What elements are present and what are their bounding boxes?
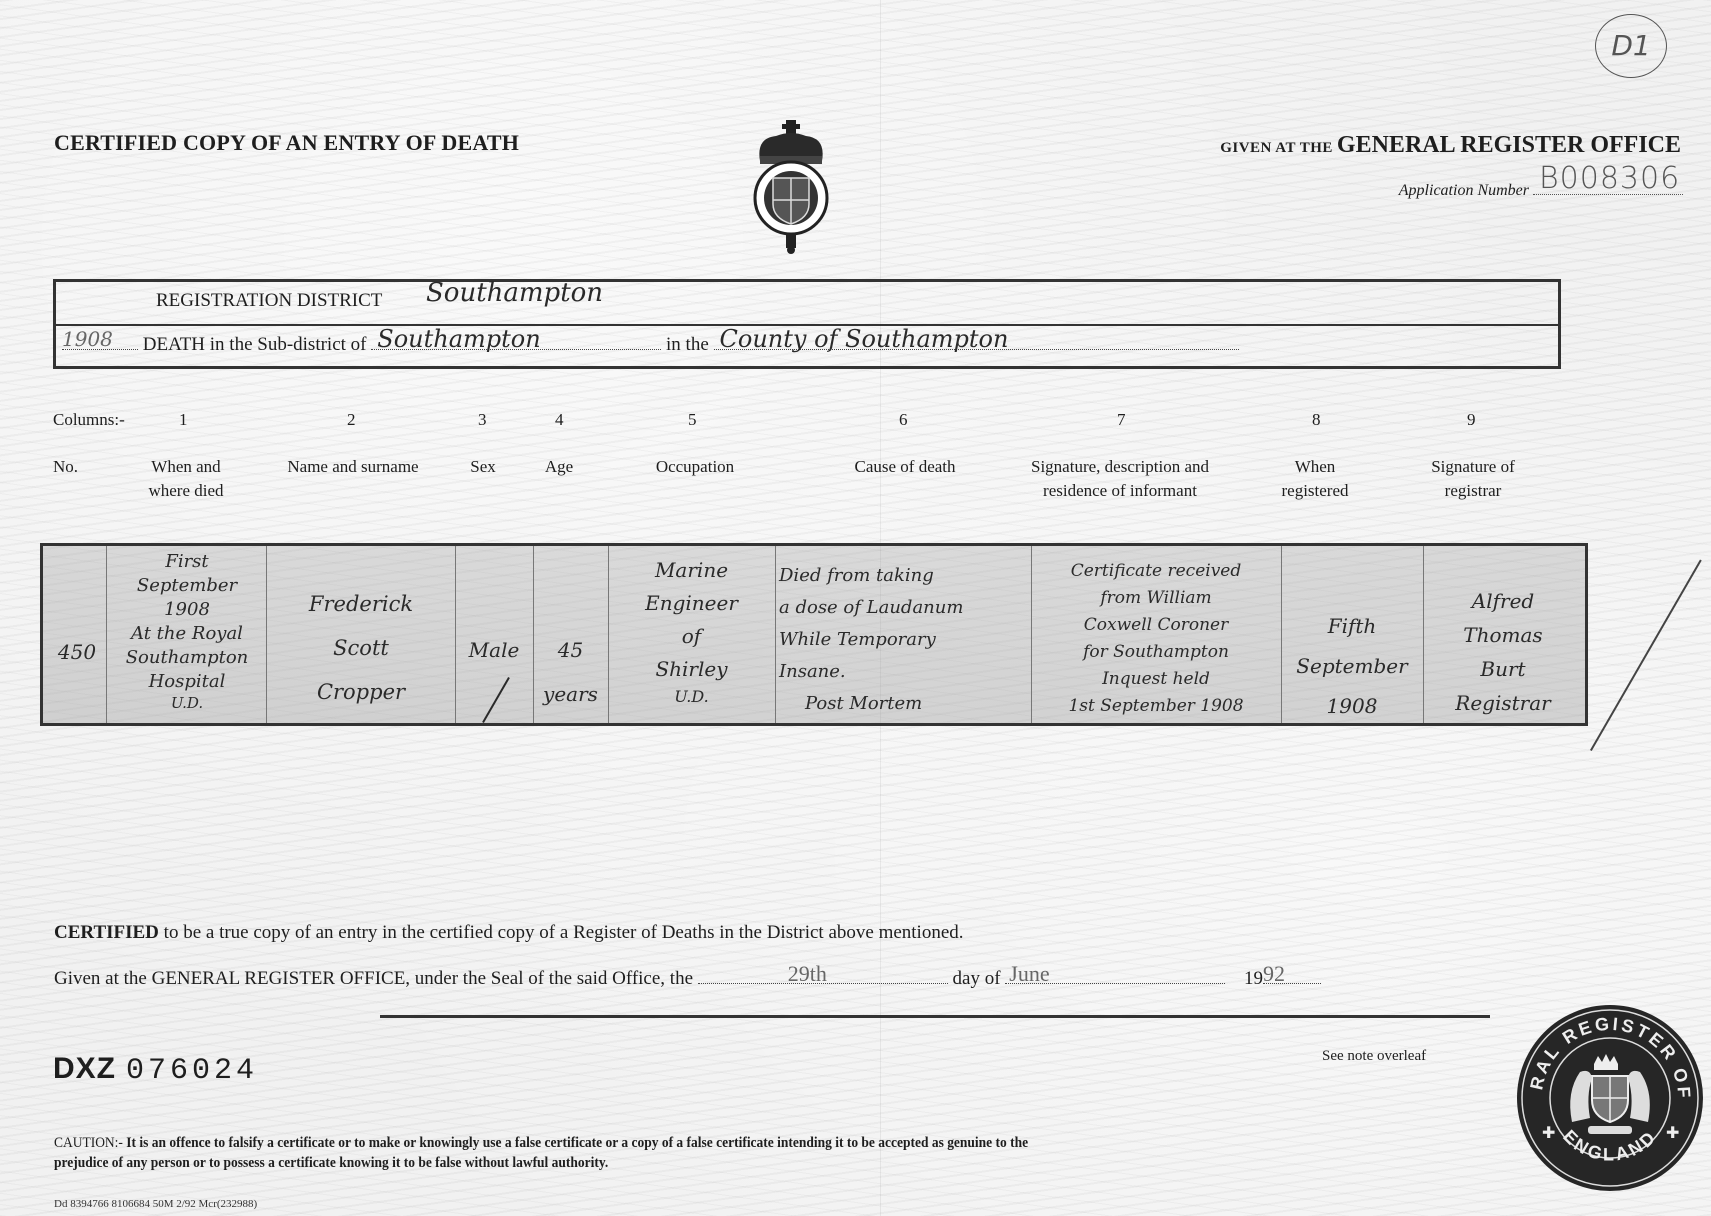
entry-occupation: Marine Engineer of Shirley U.D. [608, 554, 775, 708]
column-number-3: 3 [478, 410, 487, 430]
certificate-serial-number: DXZ076024 [53, 1052, 258, 1088]
caution-notice: CAUTION:- It is an offence to falsify a … [54, 1133, 1058, 1173]
column-number-9: 9 [1467, 410, 1476, 430]
column-header-sex: Sex [462, 455, 504, 479]
subdistrict-value: Southampton [377, 325, 540, 353]
subdistrict-label: DEATH in the Sub-district of [143, 334, 367, 355]
certification-statement: CERTIFIED to be a true copy of an entry … [54, 922, 964, 944]
registration-district-value: Southampton [426, 278, 603, 308]
death-year: 1908 [62, 327, 113, 351]
entry-sex: Male [455, 636, 533, 665]
svg-text:✚: ✚ [1666, 1123, 1679, 1142]
entry-when-registered: Fifth September 1908 [1281, 606, 1423, 726]
entry-age: 45 years [533, 628, 608, 716]
column-number-2: 2 [347, 410, 356, 430]
subdistrict-line: 1908 DEATH in the Sub-district of Southa… [62, 334, 1239, 356]
column-header-no: No. [53, 455, 78, 479]
column-header-occupation: Occupation [640, 455, 750, 479]
certification-day: 29th [788, 961, 827, 987]
application-number-label: Application Number [1399, 182, 1529, 199]
entry-no: 450 [47, 638, 107, 667]
entry-registrar-signature: Alfred Thomas Burt Registrar [1423, 584, 1583, 720]
registration-box: REGISTRATION DISTRICT Southampton 1908 D… [53, 279, 1561, 369]
column-number-8: 8 [1312, 410, 1321, 430]
entry-when-where: First September 1908 At the Royal Southa… [107, 550, 267, 712]
column-header-cause: Cause of death [840, 455, 970, 479]
county-label: in the [666, 334, 709, 355]
column-header-informant: Signature, description and residence of … [1015, 455, 1225, 503]
certification-month: June [1009, 961, 1049, 987]
table-row: 450 First September 1908 At the Royal So… [40, 543, 1588, 726]
see-note-overleaf: See note overleaf [1322, 1048, 1426, 1065]
county-value: County of Southampton [720, 325, 1009, 353]
certification-year: 92 [1263, 961, 1285, 987]
entry-name: Frederick Scott Cropper [267, 582, 455, 714]
general-register-office-seal-icon: GENERAL REGISTER OFFICE ENGLAND ✚ ✚ [1514, 1002, 1706, 1194]
column-header-registrar: Signature of registrar [1418, 455, 1528, 503]
column-header-age: Age [538, 455, 580, 479]
column-number-7: 7 [1117, 410, 1126, 430]
svg-text:✚: ✚ [1542, 1123, 1555, 1142]
column-number-6: 6 [899, 410, 908, 430]
royal-coat-of-arms-icon [746, 116, 836, 256]
column-number-5: 5 [688, 410, 697, 430]
certification-date-line: Given at the GENERAL REGISTER OFFICE, un… [54, 968, 1321, 990]
document-title: CERTIFIED COPY OF AN ENTRY OF DEATH [54, 130, 519, 156]
application-number: Application Number B008306 [1399, 180, 1683, 200]
column-number-4: 4 [555, 410, 564, 430]
entry-informant: Certificate received from William Coxwel… [1031, 558, 1281, 720]
columns-label: Columns:- [53, 410, 125, 430]
column-number-1: 1 [179, 410, 188, 430]
given-at-heading: GIVEN AT THE GENERAL REGISTER OFFICE [1220, 132, 1681, 159]
column-header-when-registered: When registered [1270, 455, 1360, 503]
column-header-name: Name and surname [278, 455, 428, 479]
sex-slash-mark [482, 677, 510, 723]
column-header-when-where: When and where died [138, 455, 234, 503]
entry-cause-of-death: Died from taking a dose of Laudanum Whil… [775, 560, 1035, 720]
corner-reference-mark: D1 [1595, 14, 1667, 78]
application-number-value: B008306 [1539, 161, 1680, 196]
death-entry-table: 450 First September 1908 At the Royal So… [40, 543, 1590, 728]
signature-rule [380, 1015, 1490, 1018]
print-code: Dd 8394766 8106684 50M 2/92 Mcr(232988) [54, 1198, 257, 1210]
registration-district-label: REGISTRATION DISTRICT [156, 290, 382, 312]
cancellation-diagonal-line [1590, 559, 1702, 751]
